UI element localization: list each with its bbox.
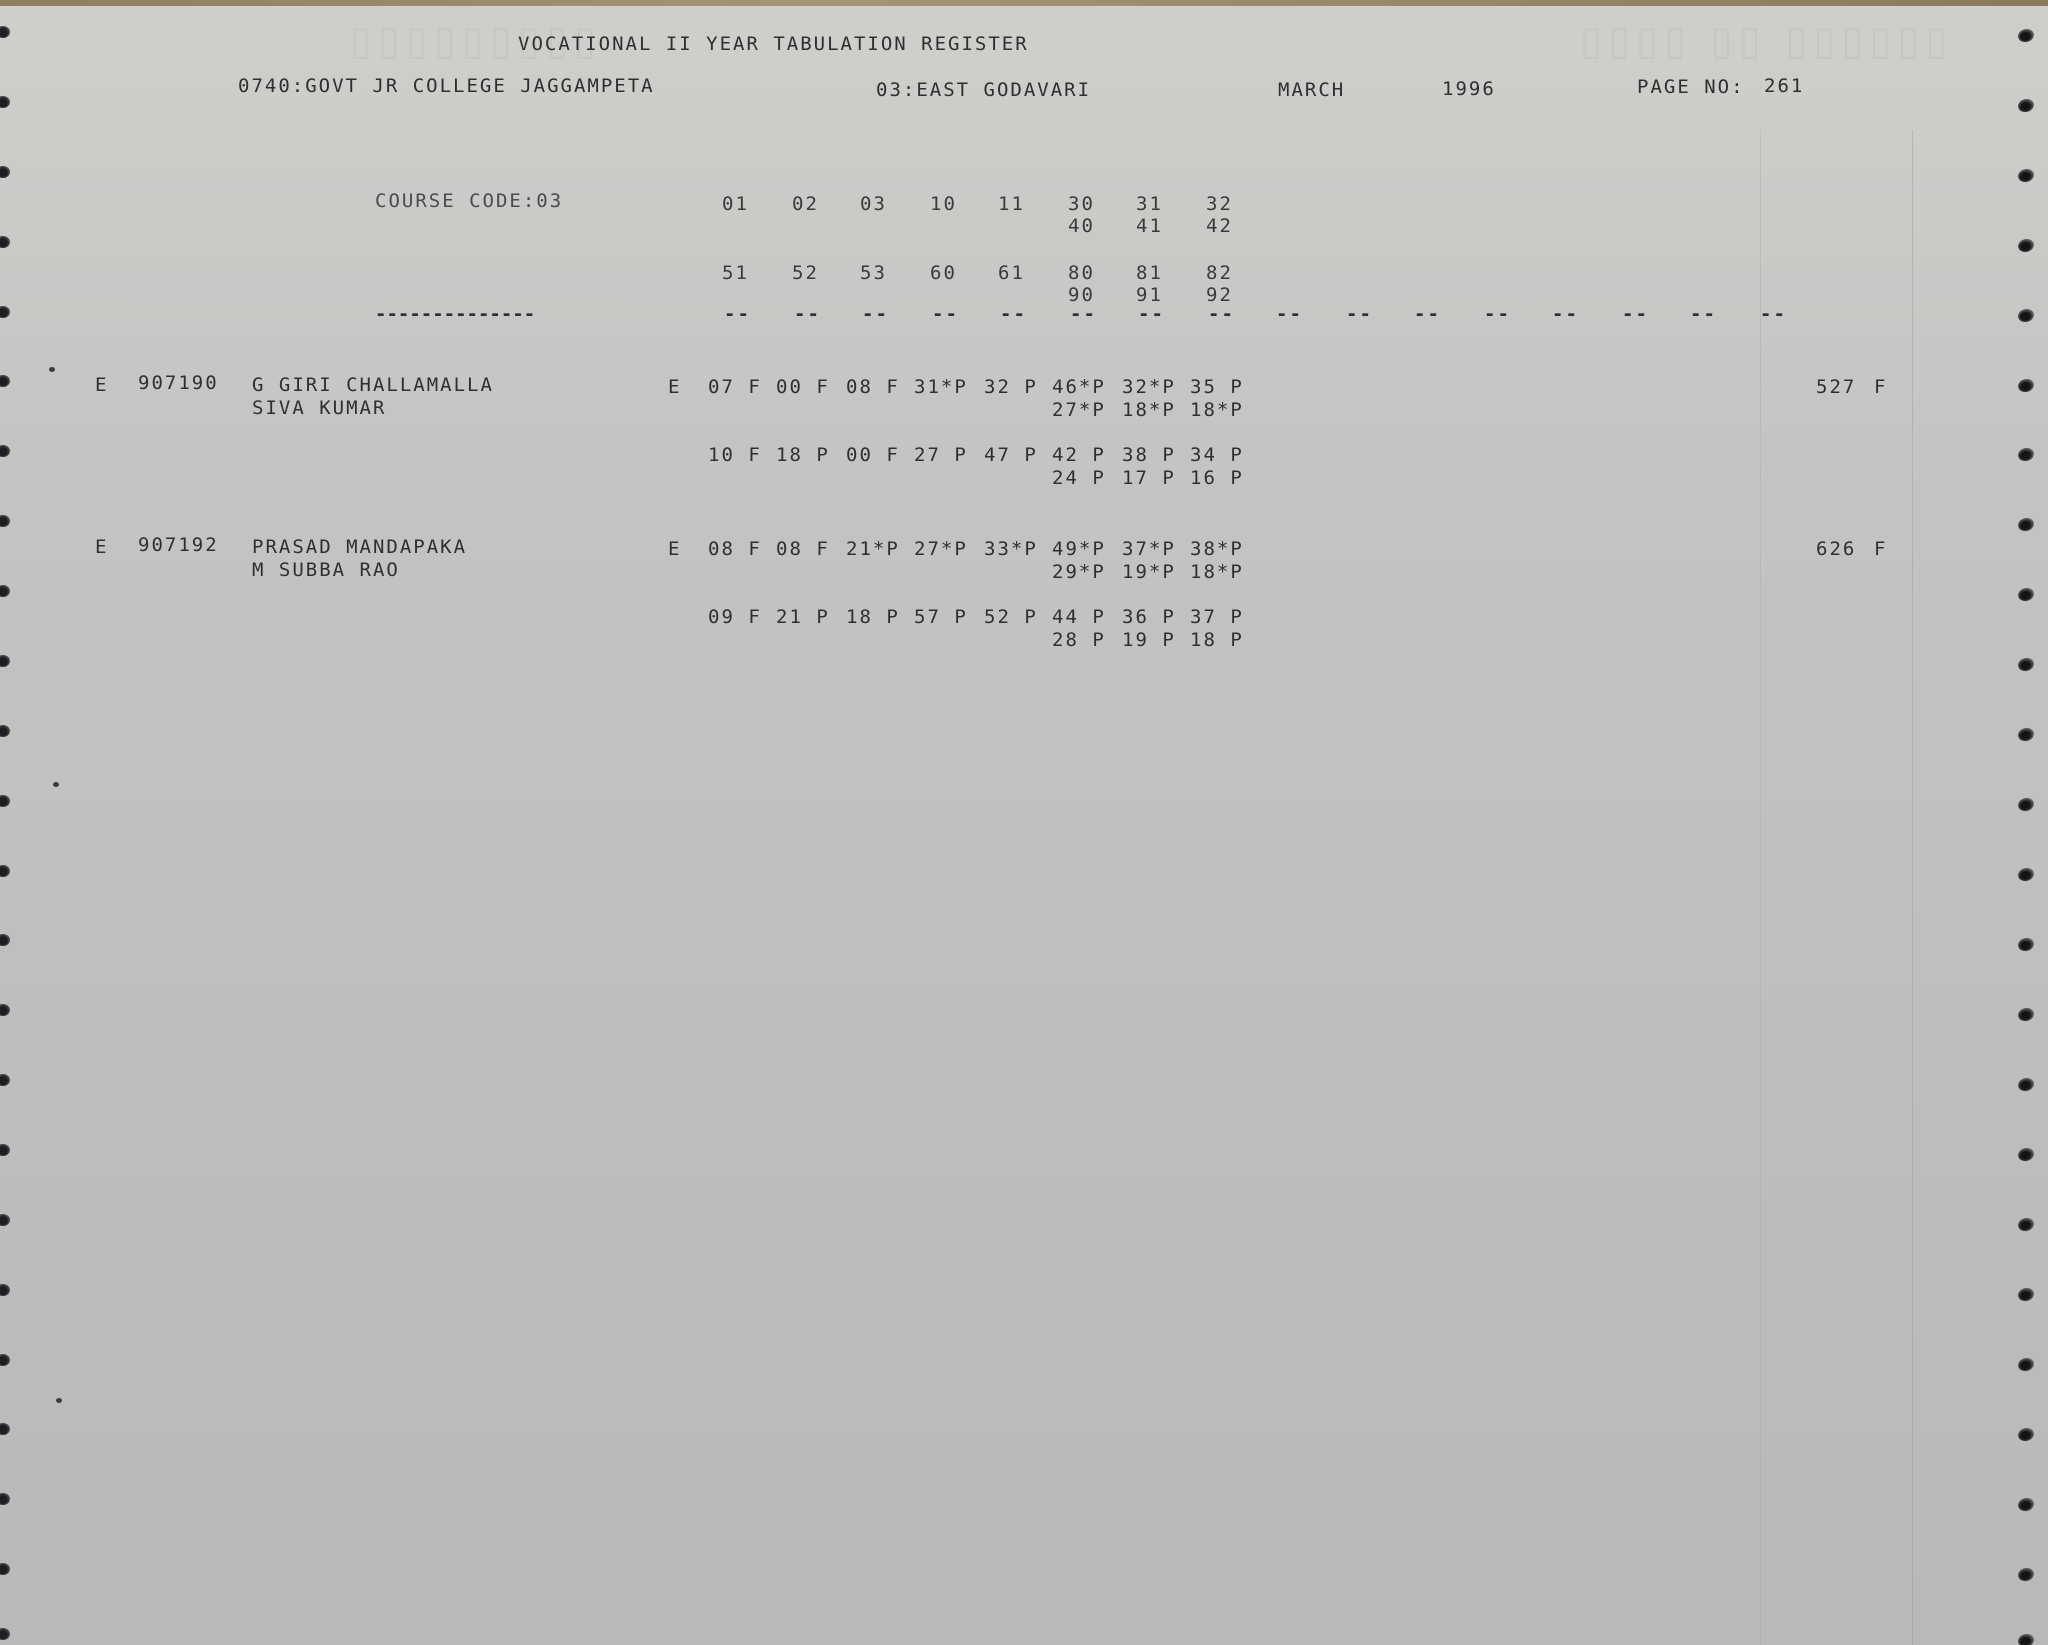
tractor-feed-hole-icon xyxy=(2017,1632,2036,1645)
tractor-feed-hole-icon xyxy=(0,445,10,457)
subject-mark: 49*P xyxy=(1052,538,1106,560)
subject-code: 60 xyxy=(930,262,957,284)
subject-code: 81 xyxy=(1136,262,1163,284)
subject-sub-mark: 19*P xyxy=(1122,561,1176,583)
tractor-feed-hole-icon xyxy=(2017,1496,2036,1513)
tractor-feed-hole-icon xyxy=(2017,1286,2036,1303)
tractor-feed-hole-icon xyxy=(2017,1006,2036,1023)
subject-sub-mark: 18*P xyxy=(1122,399,1176,421)
tractor-feed-hole-icon xyxy=(2017,1146,2036,1163)
ink-speck xyxy=(53,782,59,787)
result-status: F xyxy=(1874,538,1887,560)
tractor-feed-hole-icon xyxy=(0,655,10,667)
tractor-feed-hole-icon xyxy=(0,585,10,597)
student-medium: E xyxy=(95,374,108,396)
subject-sub-mark: 18*P xyxy=(1190,399,1244,421)
tractor-feed-hole-icon xyxy=(0,1493,10,1505)
hall-ticket-number: 907190 xyxy=(138,372,219,394)
column-rule: -- xyxy=(1414,303,1441,325)
subject-mark: 38 P xyxy=(1122,444,1176,466)
column-rule: -- xyxy=(1138,303,1165,325)
ink-speck xyxy=(49,367,55,372)
tractor-feed-hole-icon xyxy=(2017,936,2036,953)
column-rule: -- xyxy=(932,303,959,325)
subject-code: 31 xyxy=(1136,193,1163,215)
course-code-label: COURSE CODE:03 xyxy=(375,190,563,212)
tractor-feed-hole-icon xyxy=(0,166,10,178)
tractor-feed-hole-icon xyxy=(0,1074,10,1086)
subject-sub-mark: 17 P xyxy=(1122,467,1176,489)
district-name: 03:EAST GODAVARI xyxy=(876,79,1091,101)
tractor-feed-hole-icon xyxy=(0,1563,10,1575)
subject-sub-mark: 16 P xyxy=(1190,467,1244,489)
tractor-feed-hole-icon xyxy=(2017,377,2036,394)
subject-mark: 18 P xyxy=(846,606,900,628)
subject-mark: 00 F xyxy=(846,444,900,466)
subject-sub-mark: 29*P xyxy=(1052,561,1106,583)
exam-year: 1996 xyxy=(1442,78,1496,100)
subject-code: 51 xyxy=(722,262,749,284)
subject-mark: 57 P xyxy=(914,606,968,628)
column-rule: -- xyxy=(1208,303,1235,325)
subject-mark: 32*P xyxy=(1122,376,1176,398)
paper-top-edge xyxy=(0,0,2048,6)
tractor-feed-hole-icon xyxy=(2017,1076,2036,1093)
subject-code: 01 xyxy=(722,193,749,215)
tractor-feed-hole-icon xyxy=(2017,167,2036,184)
tractor-feed-hole-icon xyxy=(2017,97,2036,114)
subject-mark: 00 F xyxy=(776,376,830,398)
tractor-feed-hole-icon xyxy=(2017,586,2036,603)
tractor-feed-hole-icon xyxy=(0,865,10,877)
subject-mark: 31*P xyxy=(914,376,968,398)
student-name: PRASAD MANDAPAKA xyxy=(252,536,467,558)
tractor-feed-hole-icon xyxy=(0,1354,10,1366)
tractor-feed-hole-icon xyxy=(2017,307,2036,324)
subject-mark: 37*P xyxy=(1122,538,1176,560)
column-rule: -- xyxy=(1622,303,1649,325)
subject-mark: 18 P xyxy=(776,444,830,466)
subject-mark: 27*P xyxy=(914,538,968,560)
column-rule: -- xyxy=(1070,303,1097,325)
subject-code: 61 xyxy=(998,262,1025,284)
report-title: VOCATIONAL II YEAR TABULATION REGISTER xyxy=(518,33,1029,55)
tractor-feed-hole-icon xyxy=(2017,1566,2036,1583)
column-rule: -- xyxy=(794,303,821,325)
tractor-feed-hole-icon xyxy=(0,375,10,387)
subject-mark: 10 F xyxy=(708,444,762,466)
tractor-feed-hole-icon xyxy=(0,26,10,38)
column-rule: -- xyxy=(1484,303,1511,325)
column-rule: -- xyxy=(1760,303,1787,325)
subject-mark: 34 P xyxy=(1190,444,1244,466)
subject-code: 53 xyxy=(860,262,887,284)
tractor-feed-hole-icon xyxy=(2017,1426,2036,1443)
tractor-feed-hole-icon xyxy=(0,96,10,108)
subject-mark: 52 P xyxy=(984,606,1038,628)
tractor-feed-hole-icon xyxy=(2017,27,2036,44)
subject-mark: 38*P xyxy=(1190,538,1244,560)
subject-mark: 08 F xyxy=(776,538,830,560)
subject-code: 03 xyxy=(860,193,887,215)
exam-medium: E xyxy=(668,538,681,560)
tractor-feed-hole-icon xyxy=(0,725,10,737)
tractor-feed-hole-icon xyxy=(0,306,10,318)
subject-code: 30 xyxy=(1068,193,1095,215)
subject-code: 11 xyxy=(998,193,1025,215)
subject-code: 02 xyxy=(792,193,819,215)
subject-mark: 09 F xyxy=(708,606,762,628)
subject-mark: 37 P xyxy=(1190,606,1244,628)
student-name-line2: SIVA KUMAR xyxy=(252,397,386,419)
column-rule: -- xyxy=(862,303,889,325)
tractor-feed-hole-icon xyxy=(0,795,10,807)
subject-mark: 47 P xyxy=(984,444,1038,466)
page-number: 261 xyxy=(1764,75,1804,97)
subject-sub-code: 40 xyxy=(1068,215,1095,237)
subject-mark: 36 P xyxy=(1122,606,1176,628)
tractor-feed-hole-icon xyxy=(2017,516,2036,533)
exam-medium: E xyxy=(668,376,681,398)
result-status: F xyxy=(1874,376,1887,398)
total-marks: 626 xyxy=(1816,538,1856,560)
subject-mark: 46*P xyxy=(1052,376,1106,398)
subject-mark: 07 F xyxy=(708,376,762,398)
subject-code: 10 xyxy=(930,193,957,215)
tractor-feed-hole-icon xyxy=(2017,446,2036,463)
subject-mark: 35 P xyxy=(1190,376,1244,398)
tractor-feed-hole-icon xyxy=(0,1423,10,1435)
subject-sub-mark: 27*P xyxy=(1052,399,1106,421)
page-label: PAGE NO: xyxy=(1637,76,1745,98)
exam-month: MARCH xyxy=(1278,79,1345,101)
subject-code: 80 xyxy=(1068,262,1095,284)
tractor-feed-hole-icon xyxy=(2017,1356,2036,1373)
tractor-feed-hole-icon xyxy=(2017,726,2036,743)
subject-sub-mark: 19 P xyxy=(1122,629,1176,651)
ink-speck xyxy=(56,1398,62,1403)
subject-mark: 08 F xyxy=(708,538,762,560)
subject-sub-code: 41 xyxy=(1136,215,1163,237)
tractor-feed-hole-icon xyxy=(0,1628,10,1640)
total-marks: 527 xyxy=(1816,376,1856,398)
subject-mark: 33*P xyxy=(984,538,1038,560)
tractor-feed-hole-icon xyxy=(0,934,10,946)
subject-mark: 21*P xyxy=(846,538,900,560)
tractor-feed-hole-icon xyxy=(2017,796,2036,813)
guide-line xyxy=(1760,130,1761,1645)
student-name-line2: M SUBBA RAO xyxy=(252,559,400,581)
subject-mark: 08 F xyxy=(846,376,900,398)
college-name: 0740:GOVT JR COLLEGE JAGGAMPETA xyxy=(238,75,655,97)
tractor-feed-hole-icon xyxy=(0,1004,10,1016)
column-rule: -- xyxy=(1552,303,1579,325)
subject-sub-mark: 18 P xyxy=(1190,629,1244,651)
tractor-feed-hole-icon xyxy=(0,1144,10,1156)
tractor-feed-hole-icon xyxy=(0,1214,10,1226)
subject-mark: 42 P xyxy=(1052,444,1106,466)
column-rule: -- xyxy=(1000,303,1027,325)
column-rule: -- xyxy=(1276,303,1303,325)
subject-sub-code: 42 xyxy=(1206,215,1233,237)
subject-sub-mark: 24 P xyxy=(1052,467,1106,489)
tractor-feed-hole-icon xyxy=(2017,866,2036,883)
student-name: G GIRI CHALLAMALLA xyxy=(252,374,494,396)
show-through-text: ▯▯▯▯ ▯▯ ▯▯▯▯▯▯ xyxy=(1580,18,1954,64)
tractor-feed-hole-icon xyxy=(2017,656,2036,673)
subject-mark: 44 P xyxy=(1052,606,1106,628)
subject-mark: 27 P xyxy=(914,444,968,466)
tractor-feed-hole-icon xyxy=(2017,237,2036,254)
column-rule: -- xyxy=(724,303,751,325)
subject-mark: 21 P xyxy=(776,606,830,628)
tractor-feed-hole-icon xyxy=(0,515,10,527)
tractor-feed-hole-icon xyxy=(2017,1216,2036,1233)
subject-mark: 32 P xyxy=(984,376,1038,398)
subject-sub-mark: 18*P xyxy=(1190,561,1244,583)
student-medium: E xyxy=(95,536,108,558)
name-column-rule: -------------- xyxy=(375,303,535,325)
subject-code: 82 xyxy=(1206,262,1233,284)
subject-sub-mark: 28 P xyxy=(1052,629,1106,651)
column-rule: -- xyxy=(1690,303,1717,325)
column-rule: -- xyxy=(1346,303,1373,325)
subject-code: 32 xyxy=(1206,193,1233,215)
subject-code: 52 xyxy=(792,262,819,284)
hall-ticket-number: 907192 xyxy=(138,534,219,556)
tractor-feed-hole-icon xyxy=(0,236,10,248)
guide-line xyxy=(1912,130,1913,1645)
tractor-feed-hole-icon xyxy=(0,1284,10,1296)
